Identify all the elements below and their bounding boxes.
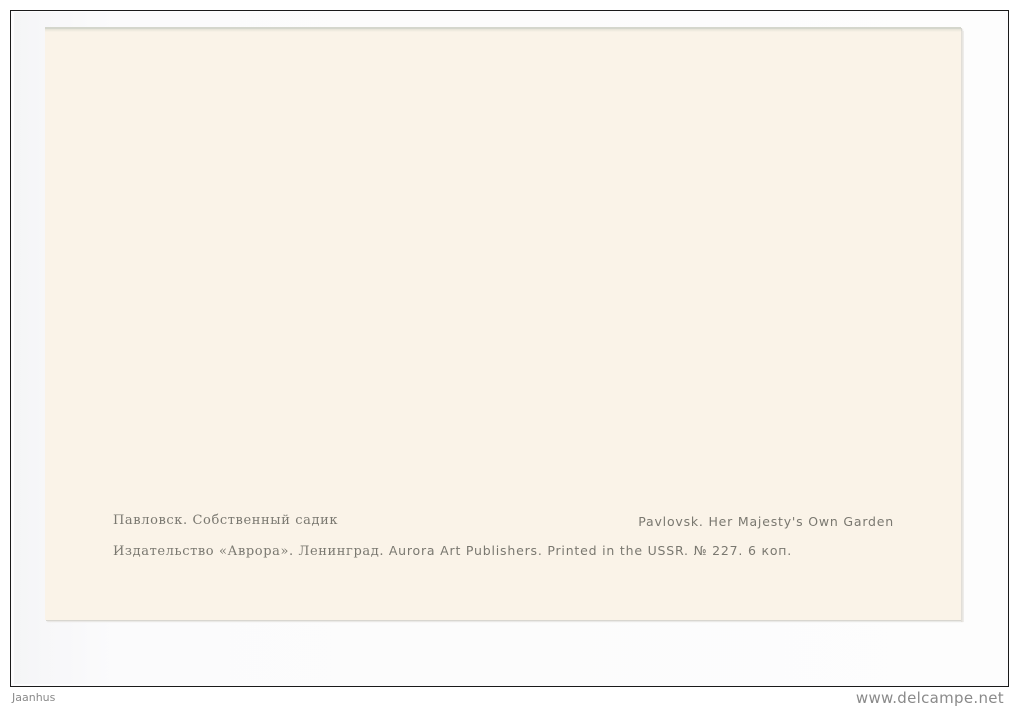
publisher-english: Aurora Art Publishers. Printed in the US… (389, 543, 792, 558)
card-right-edge (961, 31, 964, 622)
card-top-edge (45, 29, 961, 32)
postcard-back: Павловск. Собственный садик Pavlovsk. He… (45, 27, 961, 620)
site-watermark: www.delcampe.net (856, 689, 1004, 707)
caption-russian-title: Павловск. Собственный садик (113, 513, 338, 528)
caption-english-title: Pavlovsk. Her Majesty's Own Garden (638, 514, 894, 529)
publisher-line: Издательство «Аврора». Ленинград. Aurora… (113, 543, 792, 559)
seller-watermark: Jaanhus (12, 691, 55, 704)
publisher-russian: Издательство «Аврора». Ленинград. (113, 544, 384, 559)
